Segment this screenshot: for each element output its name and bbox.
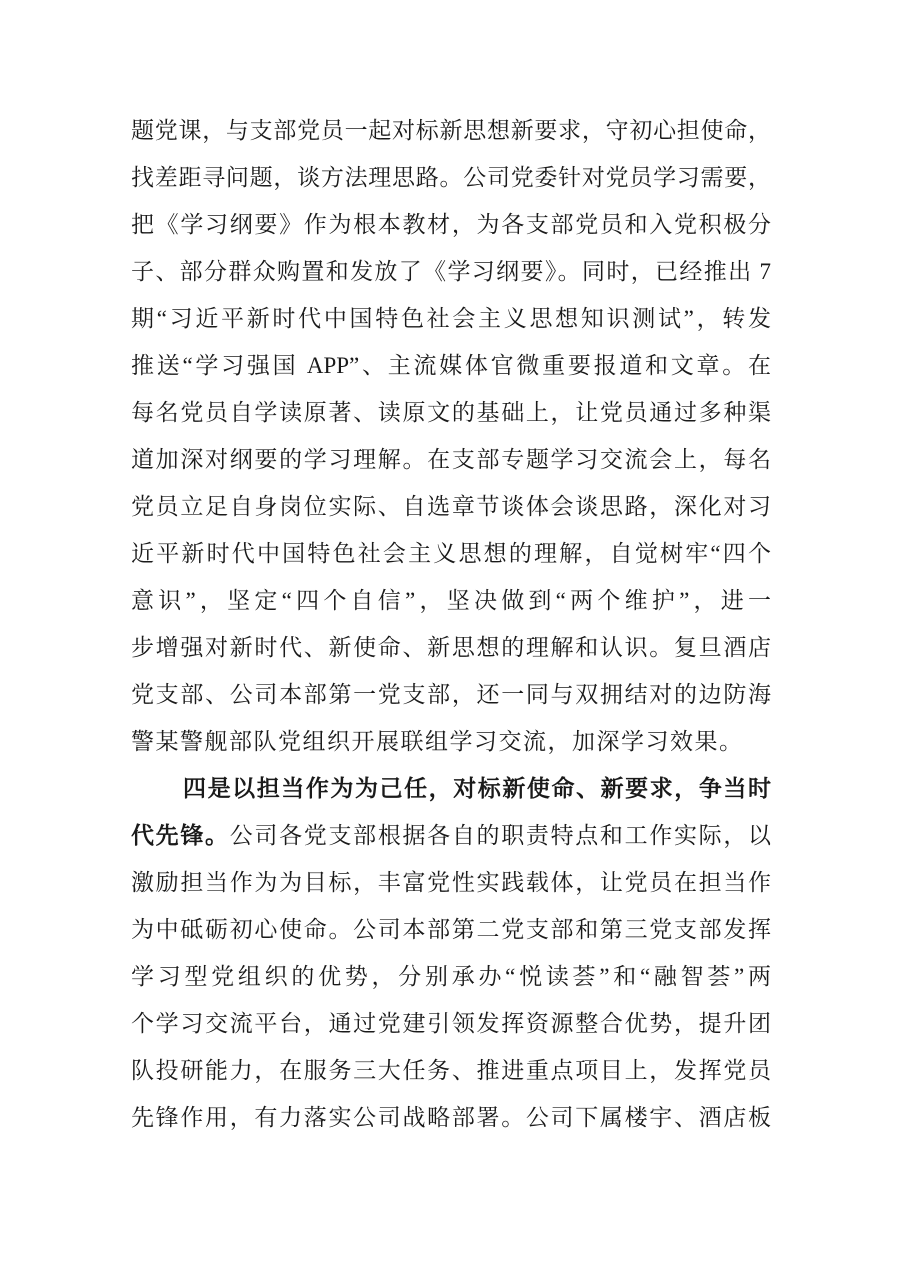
text-line: 道加深对纲要的学习理解。在支部专题学习交流会上，每名 (131, 436, 771, 483)
text-segment: 题党课，与支部党员一起对标新思想新要求，守初心担使命， (131, 118, 771, 143)
text-line: 意识”，坚定“四个自信”，坚决做到“两个维护”，进一 (131, 577, 771, 624)
text-line: 党支部、公司本部第一党支部，还一同与双拥结对的边防海 (131, 671, 771, 718)
text-segment: 找差距寻问题，谈方法理思路。公司党委针对党员学习需要， (131, 165, 771, 190)
text-segment: 意识”，坚定“四个自信”，坚决做到“两个维护”，进一 (131, 588, 771, 613)
text-segment: 每名党员自学读原著、读原文的基础上，让党员通过多种渠 (131, 400, 771, 425)
text-line: 题党课，与支部党员一起对标新思想新要求，守初心担使命， (131, 107, 771, 154)
bold-text-segment: 四是以担当作为为己任，对标新使命、新要求，争当时 (183, 776, 771, 801)
text-segment: 党支部、公司本部第一党支部，还一同与双拥结对的边防海 (131, 682, 771, 707)
text-segment: 党员立足自身岗位实际、自选章节谈体会谈思路，深化对习 (131, 494, 771, 519)
text-segment: 推送“学习强国 APP”、主流媒体官微重要报道和文章。在 (131, 353, 771, 378)
text-line: 激励担当作为为目标，丰富党性实践载体，让党员在担当作 (131, 859, 771, 906)
document-page: 题党课，与支部党员一起对标新思想新要求，守初心担使命，找差距寻问题，谈方法理思路… (0, 0, 900, 1273)
text-line: 先锋作用，有力落实公司战略部署。公司下属楼宇、酒店板 (131, 1094, 771, 1141)
text-segment: 近平新时代中国特色社会主义思想的理解，自觉树牢“四个 (131, 541, 771, 566)
text-segment: 道加深对纲要的学习理解。在支部专题学习交流会上，每名 (131, 447, 771, 472)
text-line: 党员立足自身岗位实际、自选章节谈体会谈思路，深化对习 (131, 483, 771, 530)
text-segment: 期“习近平新时代中国特色社会主义思想知识测试”，转发 (131, 306, 771, 331)
text-line: 四是以担当作为为己任，对标新使命、新要求，争当时 (131, 765, 771, 812)
text-segment: 警某警舰部队党组织开展联组学习交流，加深学习效果。 (131, 729, 744, 754)
text-segment: 先锋作用，有力落实公司战略部署。公司下属楼宇、酒店板 (131, 1105, 771, 1130)
text-line: 学习型党组织的优势，分别承办“悦读荟”和“融智荟”两 (131, 953, 771, 1000)
text-segment: 个学习交流平台，通过党建引领发挥资源整合优势，提升团 (131, 1011, 771, 1036)
text-segment: 为中砥砺初心使命。公司本部第二党支部和第三党支部发挥 (131, 917, 771, 942)
text-line: 个学习交流平台，通过党建引领发挥资源整合优势，提升团 (131, 1000, 771, 1047)
text-segment: 队投研能力，在服务三大任务、推进重点项目上，发挥党员 (131, 1058, 771, 1083)
text-segment: 公司各党支部根据各自的职责特点和工作实际，以 (230, 823, 771, 848)
text-line: 队投研能力，在服务三大任务、推进重点项目上，发挥党员 (131, 1047, 771, 1094)
bold-text-segment: 代先锋。 (131, 823, 230, 848)
text-line: 步增强对新时代、新使命、新思想的理解和认识。复旦酒店 (131, 624, 771, 671)
document-text: 题党课，与支部党员一起对标新思想新要求，守初心担使命，找差距寻问题，谈方法理思路… (131, 107, 771, 1141)
text-segment: 步增强对新时代、新使命、新思想的理解和认识。复旦酒店 (131, 635, 771, 660)
text-line: 找差距寻问题，谈方法理思路。公司党委针对党员学习需要， (131, 154, 771, 201)
text-line: 把《学习纲要》作为根本教材，为各支部党员和入党积极分 (131, 201, 771, 248)
text-line: 每名党员自学读原著、读原文的基础上，让党员通过多种渠 (131, 389, 771, 436)
text-segment: 学习型党组织的优势，分别承办“悦读荟”和“融智荟”两 (131, 964, 771, 989)
text-line: 推送“学习强国 APP”、主流媒体官微重要报道和文章。在 (131, 342, 771, 389)
text-line: 代先锋。公司各党支部根据各自的职责特点和工作实际，以 (131, 812, 771, 859)
text-line: 近平新时代中国特色社会主义思想的理解，自觉树牢“四个 (131, 530, 771, 577)
text-segment: 激励担当作为为目标，丰富党性实践载体，让党员在担当作 (131, 870, 771, 895)
text-line: 警某警舰部队党组织开展联组学习交流，加深学习效果。 (131, 718, 771, 765)
text-line: 子、部分群众购置和发放了《学习纲要》。同时，已经推出 7 (131, 248, 771, 295)
text-segment: 子、部分群众购置和发放了《学习纲要》。同时，已经推出 7 (131, 259, 771, 284)
text-segment: 把《学习纲要》作为根本教材，为各支部党员和入党积极分 (131, 212, 771, 237)
text-line: 为中砥砺初心使命。公司本部第二党支部和第三党支部发挥 (131, 906, 771, 953)
text-line: 期“习近平新时代中国特色社会主义思想知识测试”，转发 (131, 295, 771, 342)
